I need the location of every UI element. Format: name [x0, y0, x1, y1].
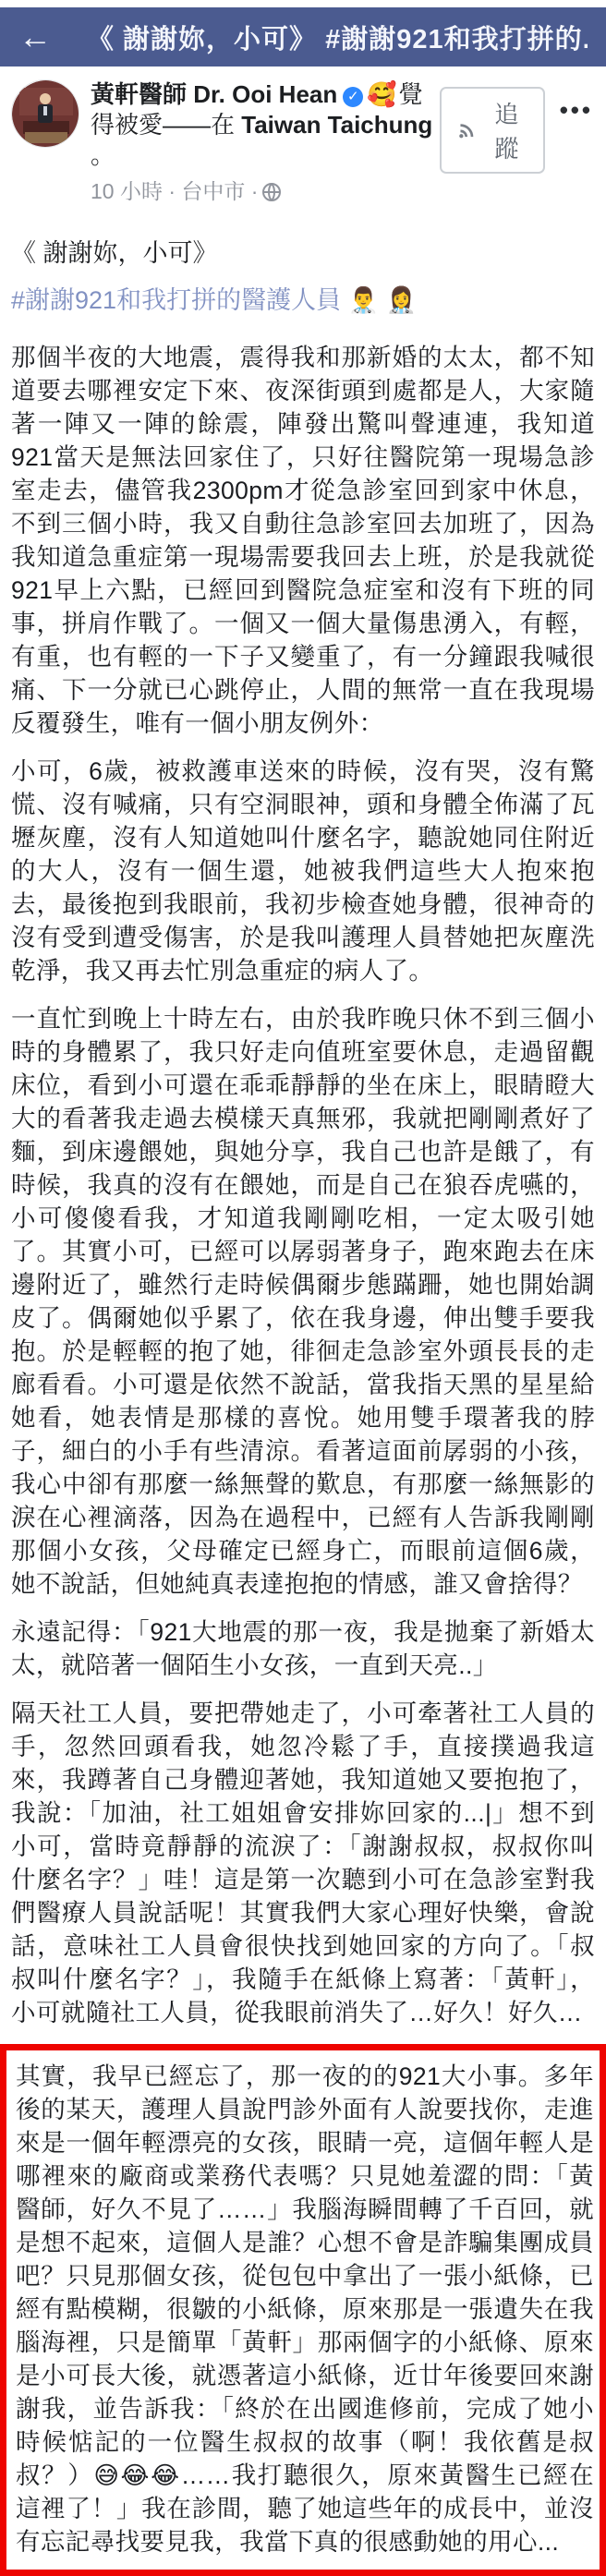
follow-button[interactable]: 追蹤	[440, 87, 545, 174]
post-meta: 10 小時 · 台中市 ·	[91, 176, 440, 207]
author-name[interactable]: 黃軒醫師 Dr. Ooi Hean	[91, 80, 337, 108]
post-title: 《 謝謝妳，小可》	[11, 233, 595, 269]
location-link[interactable]: Taiwan Taichung	[241, 111, 432, 139]
more-options-button[interactable]: •••	[560, 87, 593, 125]
facebook-post: 黃軒醫師 Dr. Ooi Hean✓🥰覺得被愛——在 Taiwan Taichu…	[0, 67, 606, 2576]
hashtag-text[interactable]: #謝謝921和我打拼的醫護人員	[11, 286, 341, 314]
paragraph-3: 一直忙到晚上十時左右，由於我昨晚只休不到三個小時的身體累了，我只好走向值班室要休…	[11, 1002, 595, 1601]
header-actions: 追蹤 •••	[440, 79, 593, 174]
paragraph-1: 那個半夜的大地震，震得我和那新婚的太太，都不知道要去哪裡安定下來、夜深街頭到處都…	[11, 341, 595, 740]
feeling-loved-emoji: 🥰	[367, 80, 396, 108]
globe-privacy-icon	[261, 182, 282, 202]
avatar[interactable]	[11, 79, 79, 148]
sentence-period: 。	[91, 141, 115, 169]
paragraph-2: 小可，6歲，被救護車送來的時候，沒有哭，沒有驚慌、沒有喊痛，只有空洞眼神，頭和身…	[11, 755, 595, 987]
verified-badge-icon: ✓	[343, 87, 363, 107]
follow-button-label: 追蹤	[485, 96, 528, 164]
back-arrow-icon[interactable]: ←	[18, 20, 52, 54]
rss-follow-icon	[456, 119, 476, 141]
paragraph-4: 永遠記得：「921大地震的那一夜，我是拋棄了新婚太太，就陪著一個陌生小女孩，一直…	[11, 1615, 595, 1682]
avatar-image	[12, 80, 79, 148]
top-nav-bar: ← 《 謝謝妳，小可》 #謝謝921和我打拼的...	[0, 7, 606, 67]
highlighted-paragraph: 其實，我早已經忘了，那一夜的的921大小事。多年後的某天，護理人員說門診外面有人…	[16, 2060, 594, 2558]
highlighted-annotation-box: 其實，我早已經忘了，那一夜的的921大小事。多年後的某天，護理人員說門診外面有人…	[0, 2044, 606, 2576]
health-worker-emojis: 👨‍⚕️ 👩‍⚕️	[348, 286, 418, 314]
hashtag-link[interactable]: #謝謝921和我打拼的醫護人員 👨‍⚕️ 👩‍⚕️	[11, 280, 595, 316]
nav-post-title: 《 謝謝妳，小可》 #謝謝921和我打拼的...	[87, 18, 588, 56]
timestamp-location-text[interactable]: 10 小時 · 台中市 ·	[91, 176, 258, 207]
post-header: 黃軒醫師 Dr. Ooi Hean✓🥰覺得被愛——在 Taiwan Taichu…	[0, 67, 606, 207]
post-body: 《 謝謝妳，小可》 #謝謝921和我打拼的醫護人員 👨‍⚕️ 👩‍⚕️ 那個半夜…	[0, 233, 606, 2029]
paragraph-5: 隔天社工人員，要把帶她走了，小可牽著社工人員的手，忽然回頭看我，她忽冷鬆了手，直…	[11, 1697, 595, 2029]
author-block: 黃軒醫師 Dr. Ooi Hean✓🥰覺得被愛——在 Taiwan Taichu…	[91, 79, 440, 207]
